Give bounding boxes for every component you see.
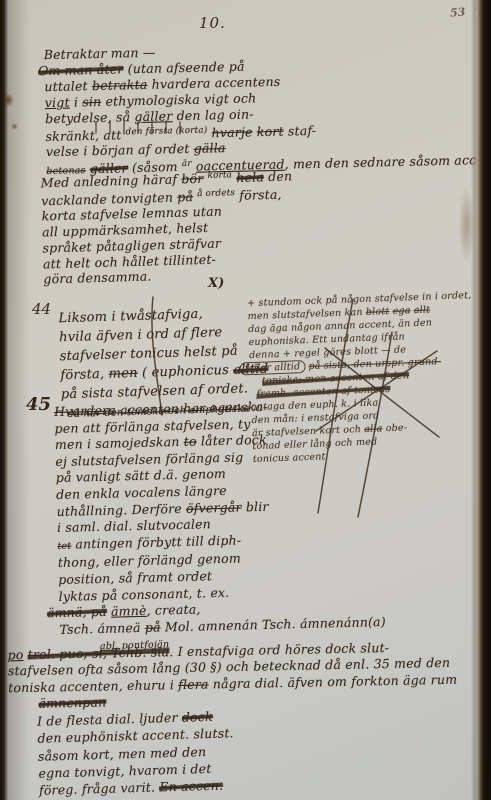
page-stack-edge (471, 0, 491, 800)
text-segment: den första (korta) (125, 125, 207, 137)
text-segment: ämnenpan (38, 695, 106, 711)
text-segment: Betraktar man — (44, 45, 156, 63)
text-segment: öfvergår (186, 499, 242, 515)
text-segment: toniska accenten, ehuru i (8, 677, 178, 695)
text-segment: flera (178, 676, 209, 692)
text-segment: vigt (45, 94, 70, 110)
text-block-paragraph-2: Med anledning häraf bör korta hela denva… (40, 167, 295, 288)
text-segment: alla (364, 423, 383, 435)
text-segment: (utan afseende på (123, 59, 244, 77)
text-segment: på (145, 619, 161, 634)
text-segment: allt (414, 304, 431, 316)
text-block-closing: I de flesta dial. ljuder dockden euphöni… (37, 707, 236, 799)
text-segment: En accen. (159, 778, 223, 795)
text-segment: men i samojedskan (55, 434, 184, 452)
text-segment: accenten har egenska- (116, 399, 268, 418)
text-segment: gälla (194, 140, 226, 156)
text-segment: thong, eller förlängd genom (58, 551, 241, 570)
text-segment: ( euphonicus (137, 363, 233, 381)
text-segment: Liksom i twåstafviga, (58, 307, 203, 327)
text-segment: position, så framt ordet (58, 568, 212, 587)
text-segment: föreg. fråga varit. (39, 780, 160, 798)
text-segment: dock (182, 709, 213, 725)
text-segment: lyktas på consonant, t. ex. (58, 584, 229, 603)
text-segment: Om man åter (38, 61, 124, 78)
text-segment: ämnä, på (47, 604, 107, 620)
text-segment: hela (236, 169, 264, 185)
text-segment: kort (257, 123, 284, 139)
section-number-44: 44 (32, 300, 51, 318)
text-segment: Hvardera (54, 403, 116, 420)
text-block-intro: Betraktar man —Om man åter (utan afseend… (44, 37, 491, 180)
text-segment: den lag oin- (172, 106, 254, 123)
text-segment: i saml. dial. slutvocalen (57, 516, 211, 535)
text-segment: tonicus accent (253, 451, 326, 465)
text-segment: gäller (134, 108, 172, 124)
text-segment: staf- (284, 122, 317, 138)
text-segment: hvarje (211, 124, 252, 140)
page-number: 10. (199, 14, 226, 32)
folio-number-pencil: 53 (449, 5, 465, 19)
text-segment: skränkt, att (45, 127, 125, 144)
text-segment: men (108, 366, 137, 382)
text-segment: hvardera accentens (147, 74, 280, 92)
text-block-bottom-wide: po trol. puo; si, Tchb. sia. I enstafvig… (7, 639, 457, 713)
text-segment: betydelse, så (45, 109, 135, 126)
binding-shadow (6, 0, 30, 800)
text-segment: obe- (382, 422, 407, 434)
text-segment: den (264, 168, 293, 184)
text-segment: ega (392, 305, 410, 317)
text-segment: trol. puo; si, Tchb. sia (28, 644, 170, 662)
text-segment: sin (82, 94, 101, 109)
text-segment: antingen förbytt till diph- (71, 532, 241, 551)
text-segment: blir (241, 498, 268, 514)
text-segment: å ordets (197, 188, 235, 199)
text-segment: ämnè (111, 603, 147, 619)
text-segment: på (177, 189, 193, 204)
text-segment: bör (181, 171, 204, 187)
text-segment: göra densamma. (43, 269, 152, 287)
text-segment: i (70, 94, 83, 109)
manuscript-page: 10. 53 — X) 44 45 Betraktar man —Om man … (0, 0, 491, 800)
text-segment: blott (366, 306, 390, 318)
text-segment: korta (207, 170, 232, 181)
text-segment: , creata, (146, 602, 200, 618)
text-segment: to (184, 434, 197, 449)
text-segment: uthållning. Derföre (56, 500, 186, 518)
text-segment: tet (57, 540, 71, 551)
text-segment: , men den sednare såsom accent. (284, 152, 491, 172)
text-segment: första, (60, 367, 109, 384)
text-segment: Tsch. ámneä (59, 620, 145, 637)
text-segment: betrakta (92, 77, 148, 93)
text-segment: uttalet (44, 78, 92, 94)
text-segment: första, (235, 186, 282, 202)
text-block-margin-note: + stundom ock på någon stafvelse in i or… (247, 289, 477, 466)
